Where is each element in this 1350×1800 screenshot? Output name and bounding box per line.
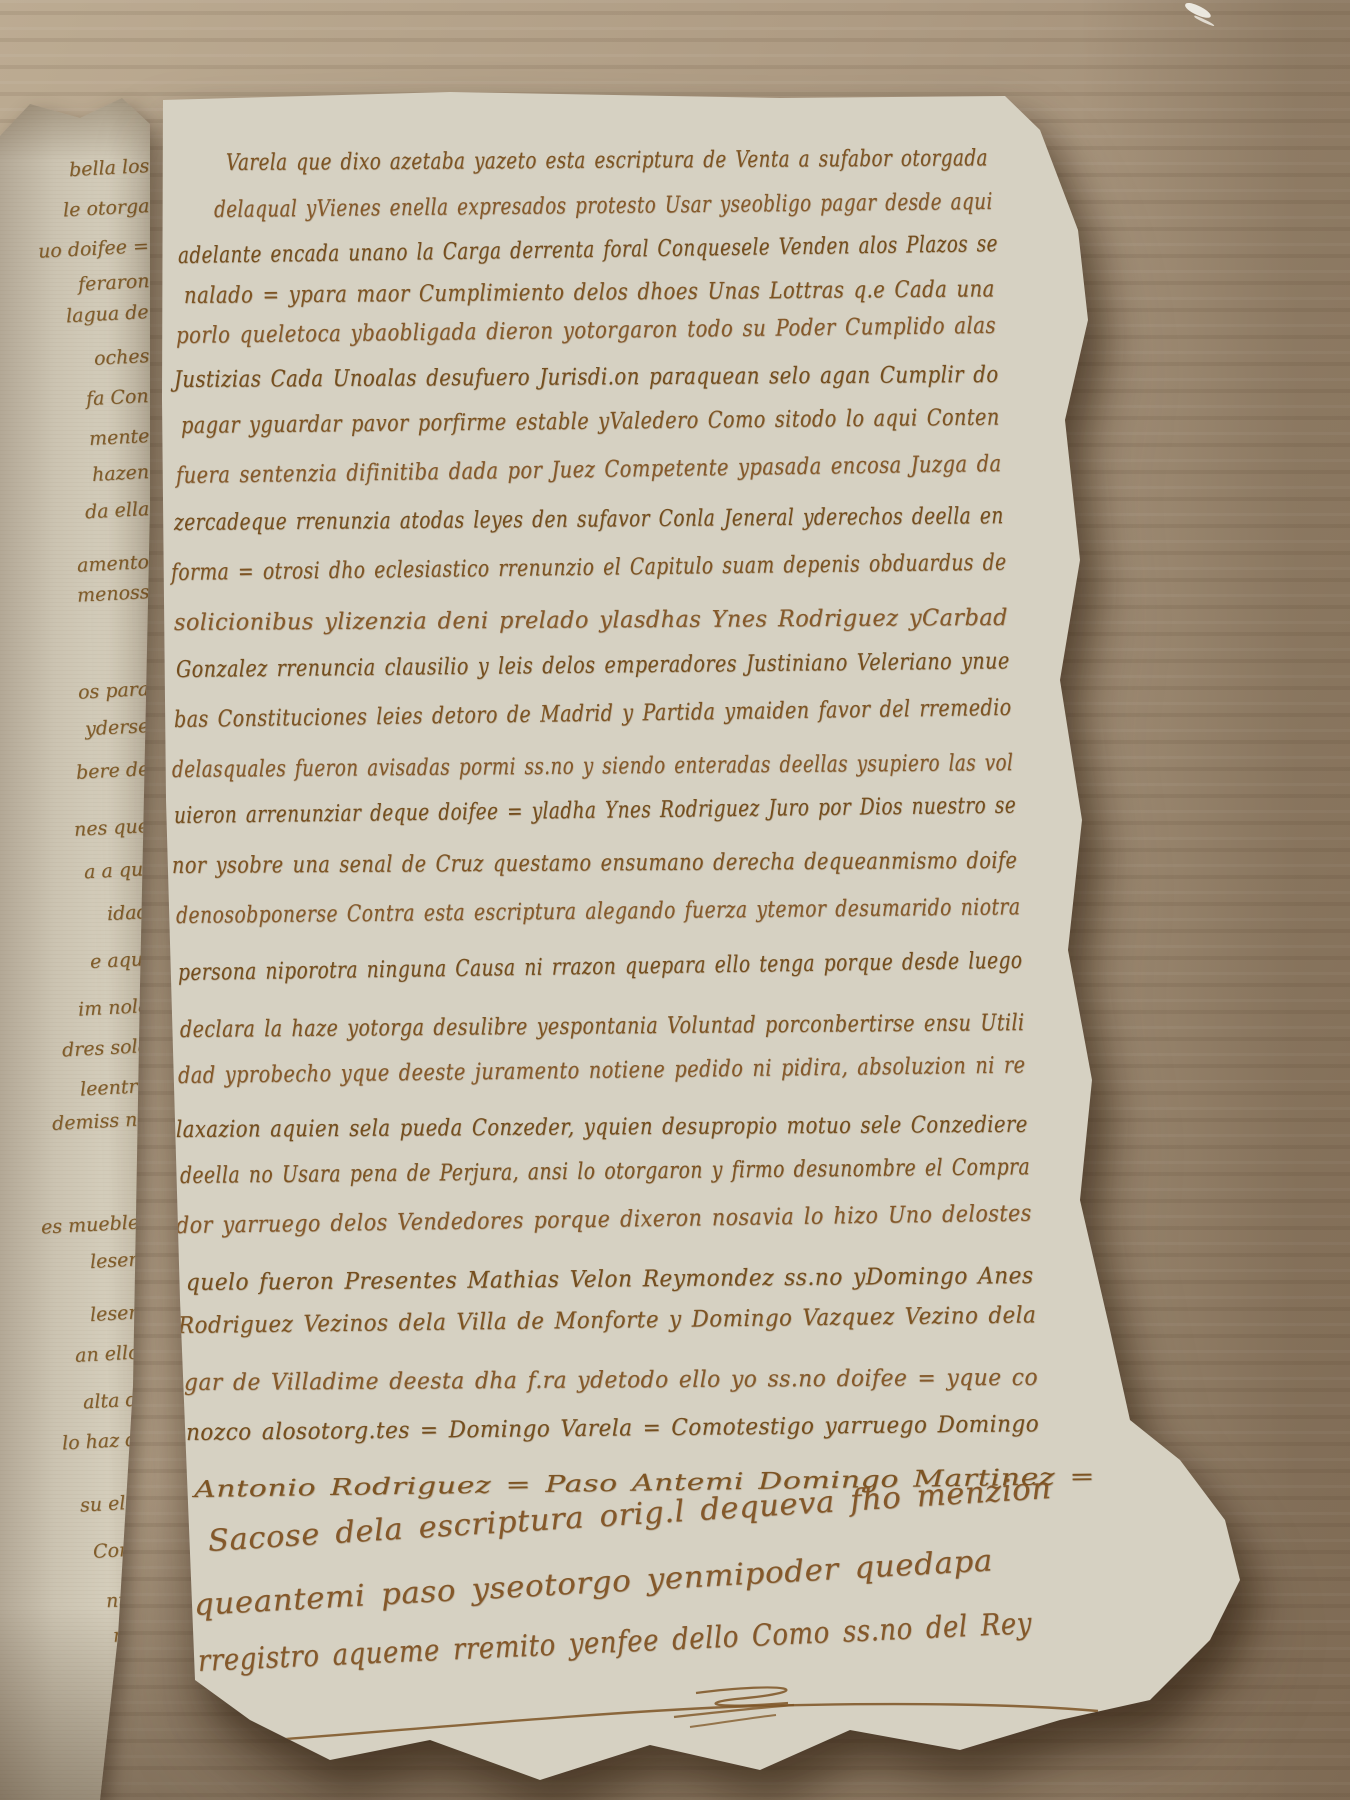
manuscript-line: deella no Usara pena de Perjura, ansi lo… [180,1156,1030,1188]
left-page-paper: bella losle otorgauo doifee =feraronlagu… [0,86,154,1800]
left-page-line-fragment: yderse [84,717,149,739]
manuscript-line: porlo queletoca ybaobligada dieron yotor… [176,315,996,348]
left-page-line-fragment: os para [77,680,149,703]
left-page-line-fragment: es muebles [41,1213,150,1238]
manuscript-line: nor ysobre una senal de Cruz questamo en… [172,850,1017,878]
notary-rubric-flourish [228,1677,1108,1757]
left-page-line-fragment: mente [88,427,149,449]
left-page-line-fragment: ngo [113,1625,150,1646]
left-page-line-fragment: dres sola [62,1037,150,1061]
manuscript-line: pagar yguardar pavor porfirme estable yV… [181,407,1000,438]
manuscript-line: forma = otrosi dho eclesiastico rrenunzi… [171,552,1007,585]
manuscript-photo: bella losle otorgauo doifee =feraronlagu… [0,0,1350,1800]
manuscript-line: adelante encada unano la Carga derrenta … [178,233,998,268]
manuscript-line: gar de Villadime deesta dha f.ra ydetodo… [184,1367,1038,1395]
manuscript-line: denosobponerse Contra esta escriptura al… [176,896,1021,928]
left-page-line-fragment: nes que [74,817,150,840]
left-page-line-fragment: nten [105,1590,149,1611]
left-page-line-fragment: alta de [83,1390,150,1412]
manuscript-line: solicionibus ylizenzia deni prelado ylas… [174,607,1008,635]
left-page-line-fragment: idad [107,903,150,924]
left-page-line-fragment: lesera [90,1303,150,1325]
left-page-line-fragment: amento [77,553,150,576]
manuscript-line: fuera sentenzia difinitiba dada por Juez… [176,453,1002,488]
manuscript-line: laxazion aquien sela pueda Conzeder, yqu… [176,1114,1028,1142]
manuscript-line: Gonzalez rrenuncia clausilio y leis delo… [176,650,1010,682]
manuscript-line: dor yarruego delos Vendedores porque dix… [176,1203,1032,1238]
manuscript-line: quelo fueron Presentes Mathias Velon Rey… [186,1265,1034,1295]
left-page-line-fragment: da ella [84,500,149,522]
left-page-line-fragment: leentre [80,1077,150,1100]
left-page-line-fragment: menoss [76,583,149,606]
left-page-line-fragment: Conla [93,1540,150,1562]
manuscript-page: Varela que dixo azetaba yazeto esta escr… [148,85,1258,1800]
manuscript-line: dad yprobecho yque deeste juramento noti… [178,1054,1026,1088]
left-page-line-fragment: e aqui [89,950,149,972]
left-page-line-fragment: hazen [92,463,150,485]
manuscript-line: nalado = ypara maor Cumplimiento delos d… [184,278,995,308]
left-page-line-fragment: an ellos [74,1343,149,1366]
left-page-line-fragment: · · · [118,1658,149,1679]
manuscript-line: bas Constituciones leies detoro de Madri… [174,697,1012,732]
manuscript-line: Varela que dixo azetaba yazeto esta escr… [226,147,988,175]
left-page-line-fragment: lo haz do [62,1430,150,1454]
left-page-line-fragment: uo doifee = [38,237,150,262]
left-page-line-fragment: a a qui [83,860,149,882]
manuscript-line: nozco alosotorg.tes = Domingo Varela = C… [186,1413,1039,1445]
left-page-line-fragment: le otorga [62,197,149,220]
left-page-line-fragment: feraron [77,272,149,295]
manuscript-line: uieron arrenunziar deque doifee = yladha… [174,795,1016,828]
manuscript-page-wrap: Varela que dixo azetaba yazeto esta escr… [148,85,1258,1800]
manuscript-line: Rodriguez Vezinos dela Villa de Monforte… [178,1304,1036,1338]
left-page-line-fragment: bere de [75,760,149,783]
left-page-line-fragment: oches [93,347,149,369]
left-page-line-fragment: demiss no [52,1110,150,1134]
manuscript-line: zercadeque rrenunzia atodas leyes den su… [174,505,1004,535]
left-page-line-fragment: bella los [68,157,149,180]
paper-fiber [1183,1,1212,21]
closing-note-line: rregistro aqueme rremito yenfee dello Co… [197,1609,1032,1677]
left-page-line-fragment: lagua de [66,303,149,326]
manuscript-line: delasquales fueron avisadas pormi ss.no … [172,752,1013,782]
manuscript-line: declara la haze yotorga desulibre yespon… [180,1012,1025,1042]
left-page-line-fragment: im nola [77,997,149,1020]
manuscript-line: Justizias Cada Unoalas desufuero Jurisdi… [174,364,999,392]
manuscript-line: persona niporotra ninguna Causa ni rrazo… [178,950,1023,985]
left-page-edge: bella losle otorgauo doifee =feraronlagu… [0,86,154,1800]
left-page-line-fragment: fa Con [86,387,150,409]
left-page-line-fragment: lesera [90,1250,150,1272]
closing-note-line: queantemi paso yseotorgo yenmipoder qued… [193,1546,994,1621]
manuscript-line: delaqual yVienes enella expresados prote… [214,191,993,222]
left-page-line-fragment: su elen [80,1493,150,1516]
